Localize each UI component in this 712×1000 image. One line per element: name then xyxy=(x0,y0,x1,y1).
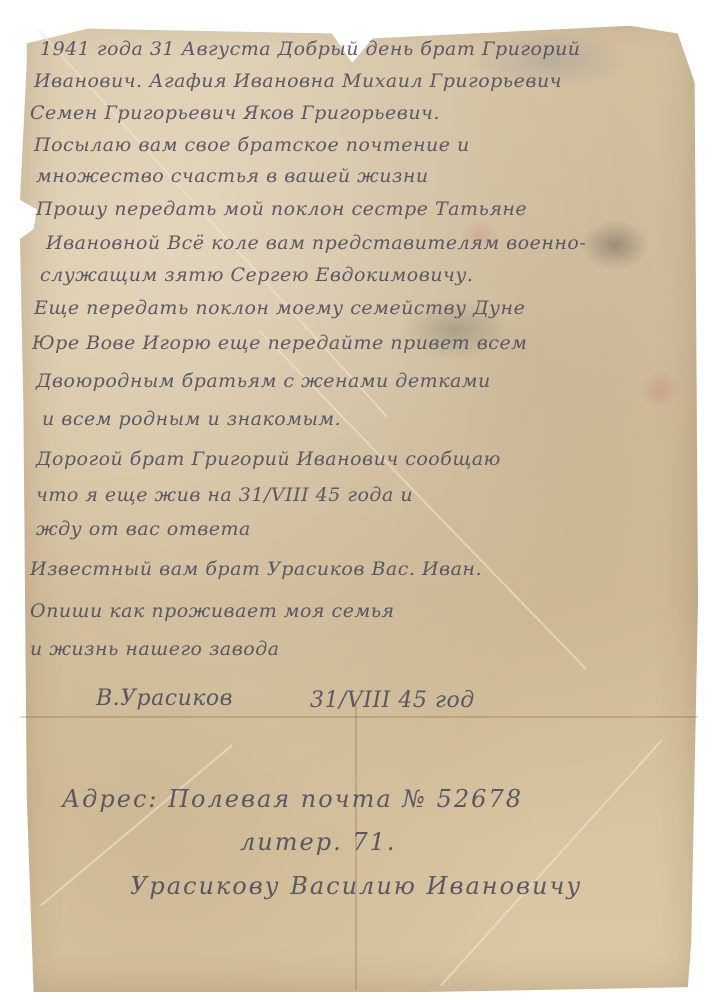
signature-name: В.Урасиков xyxy=(96,686,233,711)
letter-line: жду от вас ответа xyxy=(36,518,251,540)
letter-line: Юре Вове Игорю еще передайте привет всем xyxy=(32,332,527,354)
address-line-1: Адрес: Полевая почта № 52678 xyxy=(62,785,523,813)
letter-line: Ивановной Всё коле вам представителям во… xyxy=(46,232,586,254)
letter-line: Известный вам брат Урасиков Вас. Иван. xyxy=(30,558,482,580)
letter-line: Прошу передать мой поклон сестре Татьяне xyxy=(36,198,527,220)
letter-line: служащим зятю Сергею Евдокимовичу. xyxy=(40,264,473,286)
letter-line: и жизнь нашего завода xyxy=(30,638,280,660)
address-line-2: литер. 71. xyxy=(240,828,397,856)
letter-line: Семен Григорьевич Яков Григорьевич. xyxy=(30,102,440,124)
letter-line: Опиши как проживает моя семья xyxy=(30,600,395,622)
letter-line: что я еще жив на 31/VIII 45 года и xyxy=(36,484,413,506)
address-line-3: Урасикову Василию Ивановичу xyxy=(130,872,582,900)
letter-line: и всем родным и знакомым. xyxy=(42,408,341,430)
letter-line: Еще передать поклон моему семейству Дуне xyxy=(34,297,525,319)
letter-line: 1941 года 31 Августа Добрый день брат Гр… xyxy=(40,38,581,60)
letter-line: Иванович. Агафия Ивановна Михаил Григорь… xyxy=(34,70,562,92)
letter-text: 1941 года 31 Августа Добрый день брат Гр… xyxy=(0,0,712,1000)
signature-date: 31/VIII 45 год xyxy=(310,688,475,713)
letter-line: Дорогой брат Григорий Иванович сообщаю xyxy=(36,448,501,470)
letter-line: Двоюродным братьям с женами детками xyxy=(36,370,491,392)
letter-line: множество счастья в вашей жизни xyxy=(36,165,429,187)
letter-line: Посылаю вам свое братское почтение и xyxy=(34,134,470,156)
